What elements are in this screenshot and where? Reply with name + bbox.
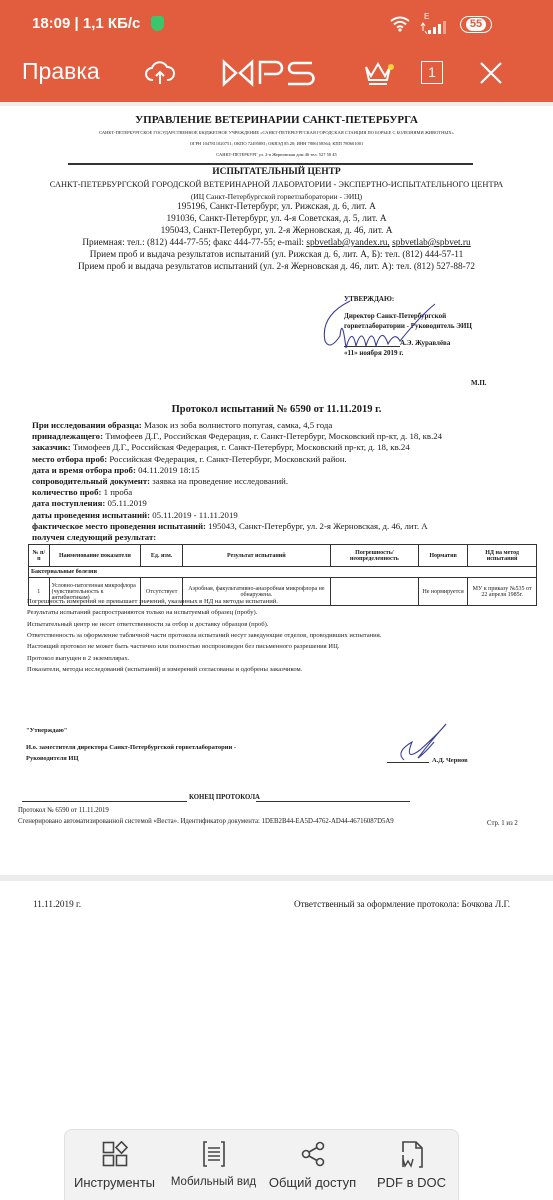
field-label: принадлежащего:: [32, 431, 103, 441]
protocol-field: сопроводительный документ: заявка на про…: [32, 476, 288, 486]
wps-logo: [222, 59, 322, 87]
battery-level: 55: [466, 18, 486, 31]
th-method: НД на метод испытаний: [468, 545, 537, 567]
center-address-1: 195196, Санкт-Петербург, ул. Рижская, д.…: [0, 202, 553, 212]
page-separator: [0, 102, 553, 106]
center-title: ИСПЫТАТЕЛЬНЫЙ ЦЕНТР: [0, 167, 553, 177]
tab-count-button[interactable]: 1: [421, 61, 443, 84]
protocol-field: количество проб: 1 проба: [32, 487, 132, 497]
note-line: Результаты испытаний распространяются то…: [27, 609, 257, 616]
center-abbr: (ИЦ Санкт-Петербургской горветлаборатори…: [0, 192, 553, 201]
field-label: заказчик:: [32, 442, 71, 452]
protocol-field: место отбора проб: Российская Федерация,…: [32, 454, 347, 464]
share-icon: [300, 1141, 326, 1167]
th-unit: Ед. изм.: [141, 545, 183, 567]
field-label: дата поступления:: [32, 498, 105, 508]
field-label: получен следующий результат:: [32, 532, 156, 542]
protocol-field: При исследовании образца: Мазок из зоба …: [32, 420, 332, 430]
th-norm: Норматив: [418, 545, 467, 567]
share-label: Общий доступ: [263, 1175, 362, 1190]
note-line: Показатели, методы исследований (испытан…: [27, 666, 302, 673]
field-label: сопроводительный документ:: [32, 476, 150, 486]
table-group-row: Бактериальные болезни: [29, 567, 537, 578]
org-subtitle: САНКТ-ПЕТЕРБУРГСКОЕ ГОСУДАРСТВЕННОЕ БЮДЖ…: [0, 130, 553, 135]
org-title: УПРАВЛЕНИЕ ВЕТЕРИНАРИИ САНКТ-ПЕТЕРБУРГА: [0, 114, 553, 126]
center-subtitle: САНКТ-ПЕТЕРБУРГСКОЙ ГОРОДСКОЙ ВЕТЕРИНАРН…: [0, 180, 553, 189]
status-time: 18:09 | 1,1 КБ/с: [32, 15, 140, 32]
note-line: Протокол выпущен в 2 экземплярах.: [27, 655, 129, 662]
mobile-view-button[interactable]: Мобильный вид: [164, 1130, 263, 1200]
footer-generated: Сгенерировано автоматизированной системо…: [18, 818, 394, 825]
end-rule-right: [256, 801, 410, 802]
tools-icon: [102, 1141, 128, 1167]
field-label: фактическое место проведения испытаний:: [32, 521, 206, 531]
field-label: При исследовании образца:: [32, 420, 142, 430]
second-approval-name: А.Д. Чернов: [432, 757, 468, 764]
org-address: САНКТ-ПЕТЕРБУРГ ул. 2-я Жерновская дом 4…: [0, 152, 553, 157]
field-value: Тимофеев Д.Г., Российская Федерация, г. …: [103, 431, 442, 441]
close-icon[interactable]: [476, 58, 506, 88]
field-value: 05.11.2019 - 11.11.2019: [150, 510, 238, 520]
email-link-1[interactable]: spbvetlab@yandex.ru,: [306, 238, 389, 248]
pdf-to-doc-icon: [399, 1141, 425, 1169]
footer-protocol-ref: Протокол № 6590 от 11.11.2019: [18, 807, 109, 814]
results-table: № п/п Наименование показателя Ед. изм. Р…: [28, 544, 537, 606]
reception-2: Прием проб и выдача результатов испытани…: [0, 262, 553, 272]
second-approval-position-1: И.о. заместителя директора Санкт-Петербу…: [26, 744, 236, 751]
cell-method: МУ к приказу №535 от 22 апреля 1985г.: [468, 578, 537, 606]
center-contacts: Приемная: тел.: (812) 444-77-55; факс 44…: [0, 238, 553, 248]
field-value: Мазок из зоба волнистого попугая, самка,…: [142, 420, 332, 430]
header-rule: [68, 163, 473, 165]
end-rule-left: [22, 801, 187, 802]
cloud-upload-icon[interactable]: [145, 60, 175, 86]
org-codes: ОГРН 1047811020751; ОКПО 72495881; ОКВЭД…: [0, 141, 553, 146]
pdf-to-doc-button[interactable]: PDF в DOC: [362, 1130, 461, 1200]
protocol-title: Протокол испытаний № 6590 от 11.11.2019 …: [0, 404, 553, 415]
page-break: [0, 875, 553, 881]
status-bar: 18:09 | 1,1 КБ/с E 55: [0, 12, 553, 38]
signature-line-2: [387, 762, 429, 763]
cell-norm: Не нормируется: [418, 578, 467, 606]
field-label: количество проб:: [32, 487, 101, 497]
protocol-field: фактическое место проведения испытаний: …: [32, 521, 428, 531]
shield-icon: [151, 16, 164, 31]
th-indicator: Наименование показателя: [49, 545, 141, 567]
bottom-toolbar: Инструменты Мобильный вид Общий доступ P…: [64, 1129, 459, 1200]
cell-signal-icon: E: [420, 14, 452, 34]
end-of-protocol: КОНЕЦ ПРОТОКОЛА: [189, 794, 260, 801]
page2-responsible: Ответственный за оформление протокола: Б…: [294, 899, 510, 909]
field-value: заявка на проведение исследований.: [150, 476, 288, 486]
field-value: 05.11.2019: [105, 498, 146, 508]
center-address-2: 191036, Санкт-Петербург, ул. 4-я Советск…: [0, 214, 553, 224]
app-header: 18:09 | 1,1 КБ/с E 55 Правка: [0, 0, 553, 102]
protocol-field: даты проведения испытаний: 05.11.2019 - …: [32, 510, 238, 520]
field-value: 1 проба: [101, 487, 132, 497]
toolbar: Правка 1: [0, 50, 553, 96]
second-approval-title: "Утверждаю": [26, 727, 67, 734]
th-uncertainty: Погрешность/ неопределенность: [330, 545, 418, 567]
protocol-field: дата поступления: 05.11.2019: [32, 498, 147, 508]
field-label: даты проведения испытаний:: [32, 510, 150, 520]
tools-label: Инструменты: [65, 1175, 164, 1190]
table-header-row: № п/п Наименование показателя Ед. изм. Р…: [29, 545, 537, 567]
protocol-field: принадлежащего: Тимофеев Д.Г., Российска…: [32, 431, 442, 441]
notification-dot: [388, 64, 394, 70]
note-line: Ответственность за оформление табличной …: [27, 632, 381, 639]
field-value: 04.11.2019 18:15: [136, 465, 200, 475]
note-line: Погрешность измерений не превышает значе…: [27, 598, 278, 605]
mobile-view-icon: [201, 1141, 227, 1167]
email-link-2[interactable]: spbvetlab@spbvet.ru: [392, 238, 471, 248]
second-approval-position-2: Руководителя ИЦ: [26, 755, 79, 762]
share-button[interactable]: Общий доступ: [263, 1130, 362, 1200]
edit-button[interactable]: Правка: [22, 58, 100, 85]
group-label: Бактериальные болезни: [29, 567, 537, 578]
tools-button[interactable]: Инструменты: [65, 1130, 164, 1200]
cell-uncertainty: [330, 578, 418, 606]
footer-page-number: Стр. 1 из 2: [487, 820, 518, 827]
mobile-view-label: Мобильный вид: [164, 1176, 263, 1188]
protocol-field: дата и время отбора проб: 04.11.2019 18:…: [32, 465, 200, 475]
wifi-icon: [390, 16, 410, 32]
note-line: Настоящий протокол не может быть частичн…: [27, 643, 339, 650]
field-value: Российская Федерация, г. Санкт-Петербург…: [107, 454, 347, 464]
pdf-to-doc-label: PDF в DOC: [362, 1175, 461, 1190]
th-result: Результат испытаний: [182, 545, 330, 567]
center-address-3: 195043, Санкт-Петербург, ул. 2-я Жерновс…: [0, 226, 553, 236]
stamp-place: М.П.: [471, 379, 487, 387]
page2-date: 11.11.2019 г.: [33, 899, 81, 909]
th-number: № п/п: [29, 545, 50, 567]
protocol-field: заказчик: Тимофеев Д.Г., Российская Феде…: [32, 442, 410, 452]
reception-1: Прием проб и выдача результатов испытани…: [0, 250, 553, 260]
field-label: место отбора проб:: [32, 454, 107, 464]
protocol-field: получен следующий результат:: [32, 532, 156, 542]
field-label: дата и время отбора проб:: [32, 465, 136, 475]
contacts-text: Приемная: тел.: (812) 444-77-55; факс 44…: [82, 238, 306, 248]
field-value: Тимофеев Д.Г., Российская Федерация, г. …: [71, 442, 410, 452]
field-value: 195043, Санкт-Петербург, ул. 2-я Жерновс…: [206, 521, 428, 531]
battery-icon: 55: [460, 16, 492, 33]
signature-1-icon: [310, 296, 460, 356]
note-line: Испытательный центр не несет ответственн…: [27, 621, 268, 628]
